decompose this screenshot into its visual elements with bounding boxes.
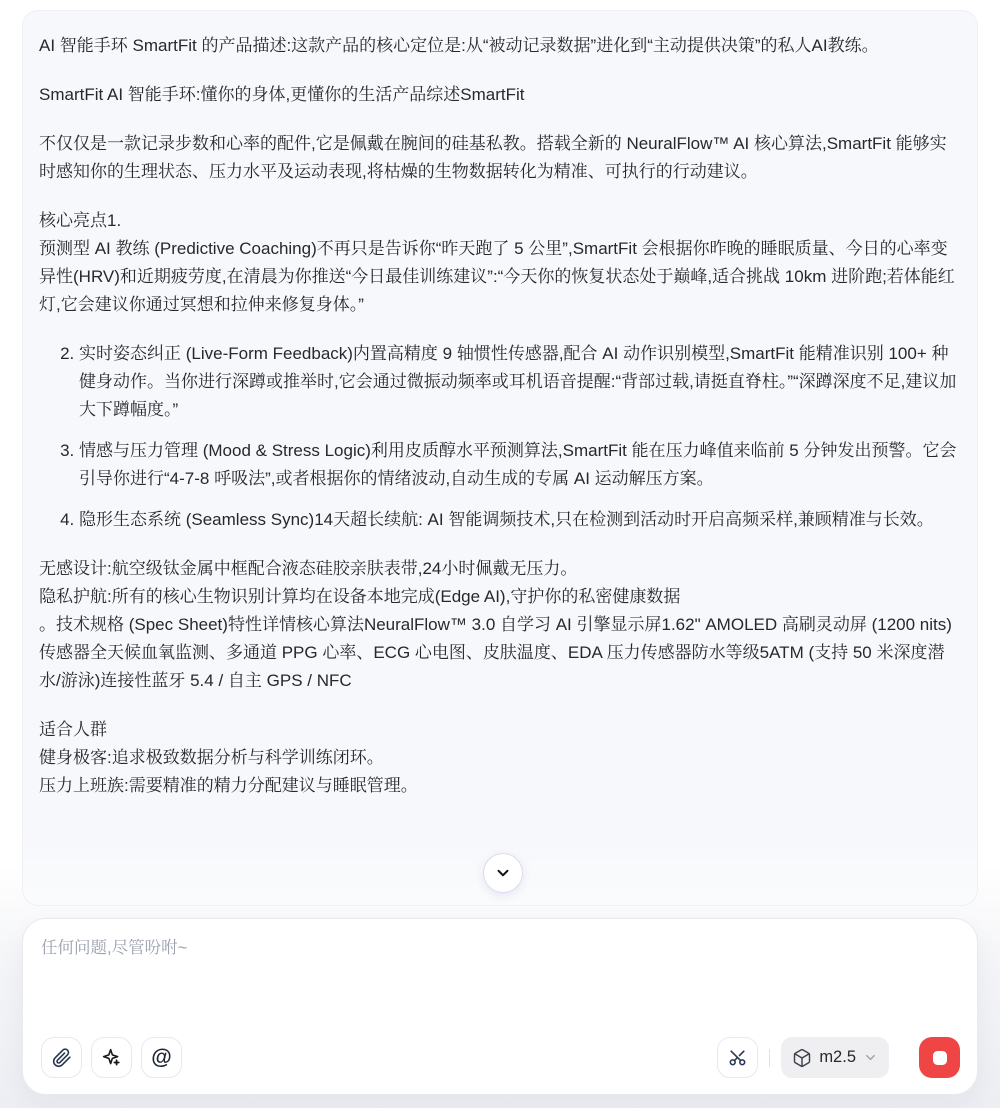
chevron-down-icon	[494, 864, 512, 882]
message-paragraph: AI 智能手环 SmartFit 的产品描述:这款产品的核心定位是:从“被动记录…	[39, 32, 961, 60]
message-paragraph: 不仅仅是一款记录步数和心率的配件,它是佩戴在腕间的硅基私教。搭载全新的 Neur…	[39, 130, 961, 186]
composer-toolbar: @ m2.5	[41, 1037, 960, 1078]
composer: @ m2.5	[22, 918, 978, 1095]
scissors-icon	[728, 1048, 747, 1067]
attach-button[interactable]	[41, 1037, 82, 1078]
paperclip-icon	[52, 1048, 72, 1068]
at-sign-icon: @	[151, 1047, 171, 1068]
message-paragraph: 无感设计:航空级钛金属中框配合液态硅胶亲肤表带,24小时佩戴无压力。 隐私护航:…	[39, 555, 961, 695]
stop-button[interactable]	[919, 1037, 960, 1078]
sparkle-plus-icon	[101, 1047, 122, 1068]
assistant-message: AI 智能手环 SmartFit 的产品描述:这款产品的核心定位是:从“被动记录…	[22, 10, 978, 906]
feature-list-item: 隐形生态系统 (Seamless Sync)14天超长续航: AI 智能调频技术…	[79, 506, 961, 534]
chevron-down-icon	[863, 1050, 878, 1065]
toolbar-right-group: m2.5	[717, 1037, 960, 1078]
scissors-button[interactable]	[717, 1037, 758, 1078]
ai-skills-button[interactable]	[91, 1037, 132, 1078]
stop-square-icon	[933, 1051, 947, 1065]
message-paragraph: 适合人群 健身极客:追求极致数据分析与科学训练闭环。 压力上班族:需要精准的精力…	[39, 716, 961, 800]
toolbar-left-group: @	[41, 1037, 182, 1078]
feature-list-item: 情感与压力管理 (Mood & Stress Logic)利用皮质醇水平预测算法…	[79, 437, 961, 493]
mention-button[interactable]: @	[141, 1037, 182, 1078]
model-label: m2.5	[819, 1048, 856, 1067]
feature-list-item: 实时姿态纠正 (Live-Form Feedback)内置高精度 9 轴惯性传感…	[79, 340, 961, 424]
message-paragraph: 核心亮点1. 预测型 AI 教练 (Predictive Coaching)不再…	[39, 207, 961, 319]
toolbar-divider	[769, 1049, 770, 1067]
scroll-to-bottom-button[interactable]	[483, 853, 523, 893]
model-selector[interactable]: m2.5	[781, 1037, 889, 1078]
cube-icon	[792, 1048, 812, 1068]
message-paragraph: SmartFit AI 智能手环:懂你的身体,更懂你的生活产品综述SmartFi…	[39, 81, 961, 109]
feature-list: 实时姿态纠正 (Live-Form Feedback)内置高精度 9 轴惯性传感…	[39, 340, 961, 534]
message-input[interactable]	[41, 936, 959, 1008]
